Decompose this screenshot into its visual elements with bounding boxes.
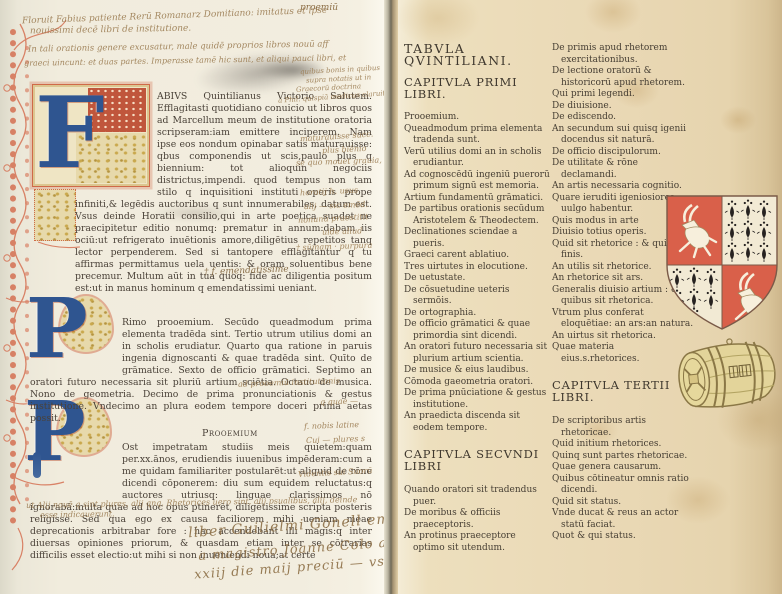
liber2-heading: CAPITVLA SECVNDI LIBRI bbox=[404, 449, 550, 472]
toc-item: An secundum sui quisq igenii docendus si… bbox=[552, 124, 694, 147]
toc-item: Qui primi legendi. bbox=[552, 89, 694, 101]
prooemium-heading: Prooemium bbox=[30, 428, 372, 440]
toc-item: Tres uirtutes in elocutione. bbox=[404, 262, 550, 274]
toc-item: Quot & qui status. bbox=[552, 531, 694, 543]
toc-item: De diuisione. bbox=[552, 101, 694, 113]
toc-item: Quinq sunt partes rhetoricae. bbox=[552, 451, 694, 463]
toc-item: De ortographia. bbox=[404, 308, 550, 320]
liber1-heading: CAPITVLA PRIMI LIBRI. bbox=[404, 77, 550, 100]
handwritten-catchword: proemiū bbox=[300, 3, 338, 13]
toc-item: Graeci carent ablatiuo. bbox=[404, 250, 550, 262]
toc-item: Declinationes sciendae a pueris. bbox=[404, 227, 550, 250]
toc-item: De scriptoribus artis rhetoricae. bbox=[552, 416, 694, 439]
book-gutter bbox=[384, 0, 398, 594]
open-book-scan: proemiū F P P ABIVS Quintilianus Victori… bbox=[0, 0, 782, 594]
toc-column-left: TABVLA QVINTILIANI. CAPITVLA PRIMI LIBRI… bbox=[404, 43, 550, 554]
toc-item: De partibus orationis secūdum Aristotele… bbox=[404, 204, 550, 227]
toc-item: Quid sit status. bbox=[552, 497, 694, 509]
toc-item: De officio grāmatici & quae primordia si… bbox=[404, 319, 550, 342]
toc-item: Artium fundamentū grāmatici. bbox=[404, 193, 550, 205]
toc-item: An protinus praeceptore optimo sit utend… bbox=[404, 531, 550, 554]
toc-item: Cōmoda gaeometria oratori. bbox=[404, 377, 550, 389]
barrel-illustration bbox=[673, 338, 781, 414]
toc-item: Quid initium rhetorices. bbox=[552, 439, 694, 451]
heraldic-shield-illustration bbox=[664, 193, 780, 333]
tabula-title: TABVLA QVINTILIANI. bbox=[404, 43, 550, 66]
printed-text-column: ABIVS Quintilianus Victorio Salutem. Eff… bbox=[30, 91, 372, 562]
toc-item: Queadmodum prima elementa tradenda sunt. bbox=[404, 124, 550, 147]
toc-item: De musice & eius laudibus. bbox=[404, 365, 550, 377]
toc-item: An artis necessaria cognitio. bbox=[552, 181, 694, 193]
capitula-summary-paragraph: Rimo prooemium. Secūdo queadmodum prima … bbox=[30, 317, 372, 425]
toc-item: Vnde ducat & reus an actor statū faciat. bbox=[552, 508, 694, 531]
toc-item: De uetustate. bbox=[404, 273, 550, 285]
liber2-items-col1: Quando oratori sit tradendus puer.De mor… bbox=[404, 485, 550, 554]
toc-item: De ediscendo. bbox=[552, 112, 694, 124]
prooemium-label: Prooemium bbox=[202, 428, 258, 439]
toc-item: De moribus & officiis praeceptoris. bbox=[404, 508, 550, 531]
toc-item: Ad cognoscēdū ingeniū puerorū primum sig… bbox=[404, 170, 550, 193]
epistle-paragraph: ABIVS Quintilianus Victorio Salutem. Eff… bbox=[75, 91, 372, 295]
toc-item: De lectione oratorū & historicorū apud r… bbox=[552, 66, 694, 89]
prooemium-paragraph: Ost impetratam studiis meis quietem:quam… bbox=[30, 442, 372, 562]
left-page: proemiū F P P ABIVS Quintilianus Victori… bbox=[0, 0, 384, 594]
toc-item: De prima pnūciatione & gestus institutio… bbox=[404, 388, 550, 411]
liber1-items: Prooemium.Queadmodum prima elementa trad… bbox=[404, 112, 550, 434]
toc-item: Verū utilius domi an in scholis erudiant… bbox=[404, 147, 550, 170]
ink-smudge bbox=[258, 60, 328, 80]
toc-item: De cōsuetudine ueteris sermōis. bbox=[404, 285, 550, 308]
toc-item: Quae genera causarum. bbox=[552, 462, 694, 474]
toc-item: Quibus cōtineatur omnis ratio dicendi. bbox=[552, 474, 694, 497]
toc-item: De officio discipulorum. bbox=[552, 147, 694, 159]
toc-item: Prooemium. bbox=[404, 112, 550, 124]
toc-item: An praedicta discenda sit eodem tempore. bbox=[404, 411, 550, 434]
toc-item: De utilitate & rōne declamandi. bbox=[552, 158, 694, 181]
right-page: TABVLA QVINTILIANI. CAPITVLA PRIMI LIBRI… bbox=[398, 0, 782, 594]
liber3-items: De scriptoribus artis rhetoricae.Quid in… bbox=[552, 416, 694, 543]
toc-item: An oratori futuro necessaria sit plurium… bbox=[404, 342, 550, 365]
toc-item: De primis apud rhetorem exercitationibus… bbox=[552, 43, 694, 66]
toc-item: Quando oratori sit tradendus puer. bbox=[404, 485, 550, 508]
